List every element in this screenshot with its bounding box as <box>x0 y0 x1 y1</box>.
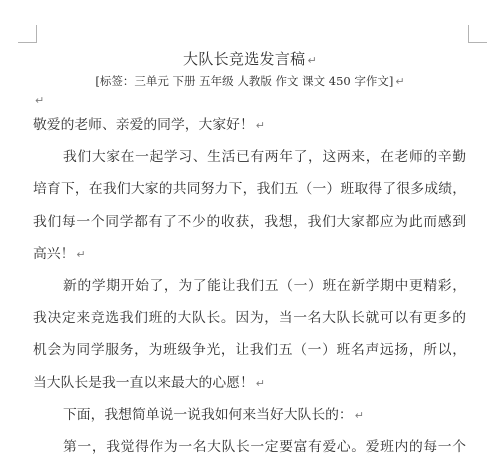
text-line: 我们每一个同学都有了不少的收获，我想，我们大家都应为此而感到 <box>33 206 466 238</box>
page-margin-crop-mark-top-left <box>18 25 37 43</box>
paragraph-mark-icon: ↵ <box>35 94 44 107</box>
text-line-content: 第一，我觉得作为一名大队长一定要富有爱心。爱班内的每一个 <box>63 439 466 455</box>
page-margin-crop-mark-top-right <box>468 25 487 43</box>
document-title: 大队长竞选发言稿↵ <box>0 49 500 71</box>
text-line-content: 敬爱的老师、亲爱的同学，大家好！ <box>33 117 254 133</box>
text-line: 当大队长是我一直以来最大的心愿！↵ <box>33 367 466 399</box>
text-line: 第一，我觉得作为一名大队长一定要富有爱心。爱班内的每一个 <box>33 431 466 459</box>
text-line-content: 高兴！ <box>33 246 74 262</box>
empty-paragraph: ↵ <box>33 91 44 107</box>
document-title-text: 大队长竞选发言稿 <box>183 50 305 68</box>
text-line: 机会为同学服务，为班级争光，让我们五（一）班名声远扬，所以， <box>33 334 466 366</box>
paragraph-mark-icon: ↵ <box>76 248 85 261</box>
text-line: 下面，我想简单说一说我如何来当好大队长的：↵ <box>33 399 466 431</box>
text-line-content: 机会为同学服务，为班级争光，让我们五（一）班名声远扬，所以， <box>33 342 466 358</box>
document-page: 大队长竞选发言稿↵ [标签：三单元 下册 五年级 人教版 作文 课文 450 字… <box>0 0 500 459</box>
document-body: 敬爱的老师、亲爱的同学，大家好！↵ 我们大家在一起学习、生活已有两年了，这两来，… <box>33 109 466 459</box>
text-line-content: 我决定来竞选我们班的大队长。因为，当一名大队长就可以有更多的 <box>33 310 466 326</box>
paragraph-mark-icon: ↵ <box>395 75 404 88</box>
text-line-content: 我们每一个同学都有了不少的收获，我想，我们大家都应为此而感到 <box>33 214 466 230</box>
text-line-content: 我们大家在一起学习、生活已有两年了，这两来，在老师的辛勤 <box>63 149 466 165</box>
text-line-content: 下面，我想简单说一说我如何来当好大队长的： <box>63 407 353 423</box>
paragraph-mark-icon: ↵ <box>355 409 364 422</box>
text-line: 高兴！↵ <box>33 238 466 270</box>
text-line: 我决定来竞选我们班的大队长。因为，当一名大队长就可以有更多的 <box>33 302 466 334</box>
paragraph-mark-icon: ↵ <box>256 119 265 132</box>
text-line-content: 当大队长是我一直以来最大的心愿！ <box>33 375 254 391</box>
text-line-content: 培育下，在我们大家的共同努力下，我们五（一）班取得了很多成绩， <box>33 181 466 197</box>
text-line: 新的学期开始了，为了能让我们五（一）班在新学期中更精彩， <box>33 270 466 302</box>
text-line: 敬爱的老师、亲爱的同学，大家好！↵ <box>33 109 466 141</box>
paragraph-mark-icon: ↵ <box>307 54 317 67</box>
text-line: 我们大家在一起学习、生活已有两年了，这两来，在老师的辛勤 <box>33 141 466 173</box>
document-tag-line: [标签：三单元 下册 五年级 人教版 作文 课文 450 字作文]↵ <box>0 73 500 90</box>
text-line-content: 新的学期开始了，为了能让我们五（一）班在新学期中更精彩， <box>63 278 466 294</box>
text-line: 培育下，在我们大家的共同努力下，我们五（一）班取得了很多成绩， <box>33 173 466 205</box>
paragraph-mark-icon: ↵ <box>256 377 265 390</box>
tag-line-text: [标签：三单元 下册 五年级 人教版 作文 课文 450 字作文] <box>95 74 393 88</box>
